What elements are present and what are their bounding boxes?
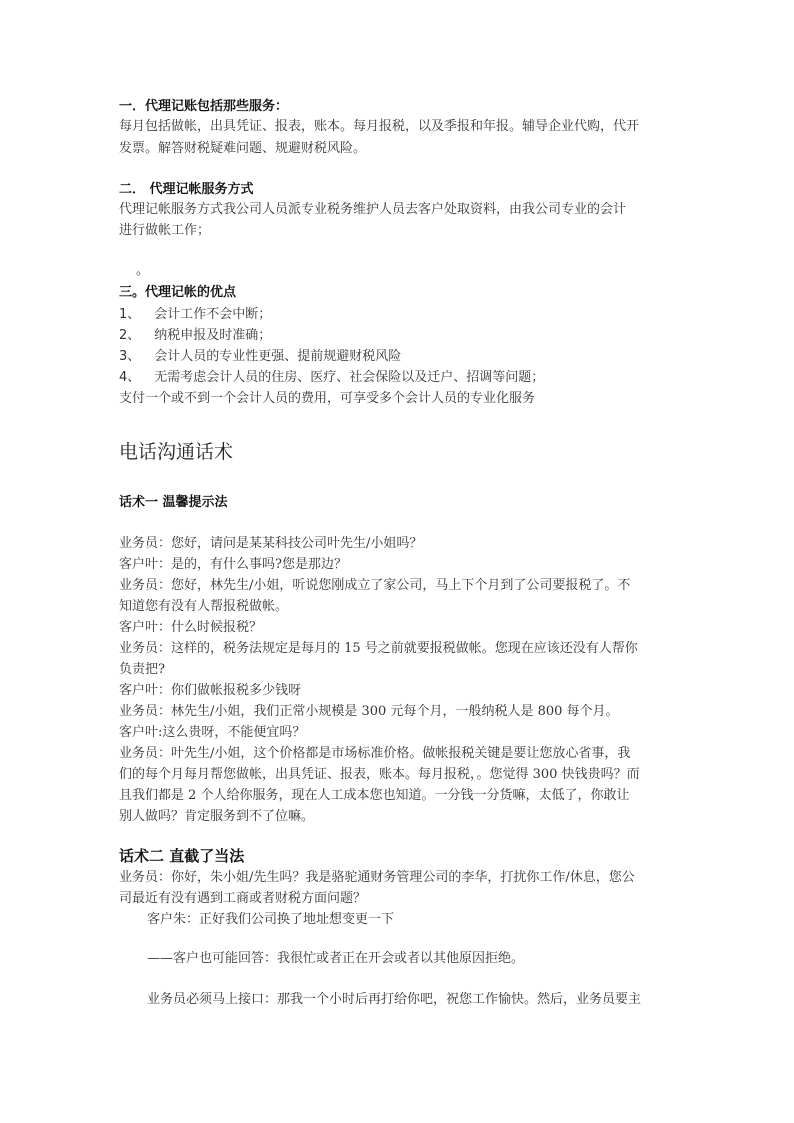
followup-line: 业务员必须马上接口：那我一个小时后再打给你吧，祝您工作愉快。然后，业务员要主 (147, 991, 641, 1009)
item-number: 2、 (119, 328, 140, 343)
item-number: 1、 (119, 307, 140, 322)
dialog-line: 们的每个月每月帮您做帐，出具凭证、报表，账本。每月报税，。您觉得 300 快钱贵… (119, 766, 640, 784)
dialog-line: 负责把? (119, 661, 165, 679)
advantage-item: 1、会计工作不会中断； (119, 306, 271, 324)
document-page: 一．代理记账包括那些服务： 每月包括做帐，出具凭证、报表，账本。每月报税，以及季… (0, 0, 794, 1123)
dialog-line: 客户叶：是的，有什么事吗?您是那边？ (119, 556, 347, 574)
dialog-line: 业务员：您好，请问是某某科技公司叶先生/小姐吗？ (119, 535, 422, 553)
section1-line: 发票。解答财税疑难问题、规避财税风险。 (119, 140, 366, 158)
advantage-item: 4、无需考虑会计人员的住房、医疗、社会保险以及迁户、招调等问题； (119, 369, 544, 387)
dialog-line: 业务员：叶先生/小姐，这个价格都是市场标准价格。做帐报税关键是要让您放心省事，我 (119, 745, 630, 763)
dialog-line: 司最近有没有遇到工商或者财税方面问题？ (119, 890, 366, 908)
advantage-item: 2、纳税申报及时准确； (119, 327, 271, 345)
item-number: 4、 (119, 370, 140, 385)
dialog-line: 知道您有没有人帮报税做帐。 (119, 598, 288, 616)
item-text: 无需考虑会计人员的住房、医疗、社会保险以及迁户、招调等问题； (154, 370, 544, 385)
section2-line: 代理记帐服务方式我公司人员派专业税务维护人员去客户处取资料，由我公司专业的会计 (119, 201, 626, 219)
section3-tail: 支付一个或不到一个会计人员的费用，可享受多个会计人员的专业化服务 (119, 390, 535, 408)
dialog-line: 业务员：林先生/小姐，我们正常小规模是 300 元每个月，一般纳税人是 800 … (119, 703, 619, 721)
dialog-line: 业务员：您好，林先生/小姐，听说您刚成立了家公司，马上下个月到了公司要报税了。不 (119, 577, 630, 595)
dialog-line: 客户叶:这么贵呀，不能便宜吗？ (119, 724, 305, 742)
dialog-line: 客户叶：你们做帐报税多少钱呀 (119, 682, 301, 700)
dialog-line: 客户叶：什么时候报税？ (119, 619, 262, 637)
script1-heading: 话术一 温馨提示法 (119, 494, 228, 512)
item-text: 会计人员的专业性更强、提前规避财税风险 (154, 349, 401, 364)
item-text: 纳税申报及时准确； (154, 328, 271, 343)
phone-script-title: 电话沟通话术 (119, 440, 233, 464)
dialog-line: 业务员：这样的，税务法规定是每月的 15 号之前就要报税做帐。您现在应该还没有人… (119, 640, 638, 658)
dialog-line: 别人做吗？肯定服务到不了位嘛。 (119, 808, 314, 826)
item-number: 3、 (119, 349, 140, 364)
dialog-line: 且我们都是 2 个人给你服务，现在人工成本您也知道。一分钱一分货嘛，太低了，你敢… (119, 787, 630, 805)
section1-line: 每月包括做帐，出具凭证、报表，账本。每月报税，以及季报和年报。辅导企业代购，代开 (119, 118, 639, 136)
item-text: 会计工作不会中断； (154, 307, 271, 322)
section2-line: 进行做帐工作； (119, 222, 210, 240)
alt-reply: ——客户也可能回答：我很忙或者正在开会或者以其他原因拒绝。 (147, 950, 524, 968)
customer-reply: 客户朱：正好我们公司换了地址想变更一下 (147, 911, 394, 929)
dialog-line: 业务员：你好，朱小姐/先生吗？我是骆驼通财务管理公司的李华，打扰你工作/休息，您… (119, 869, 635, 887)
section1-heading: 一．代理记账包括那些服务： (119, 98, 288, 116)
stray-mark: 。 (136, 262, 149, 280)
section2-heading: 二． 代理记帐服务方式 (119, 181, 254, 199)
section3-heading: 三。代理记帐的优点 (119, 284, 236, 302)
script2-heading: 话术二 直截了当法 (119, 846, 244, 866)
advantage-item: 3、会计人员的专业性更强、提前规避财税风险 (119, 348, 401, 366)
